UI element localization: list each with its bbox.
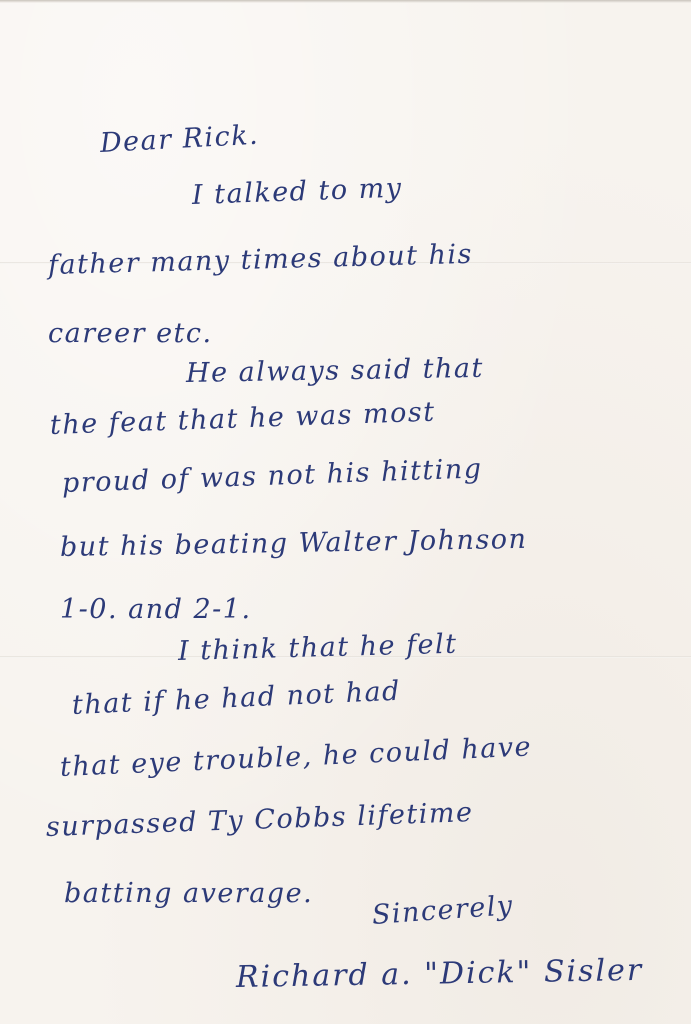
letter-line: He always said that [186,353,484,389]
letter-line: batting average. [64,878,313,909]
letter-line: father many times about his [48,239,474,281]
letter-line: but his beating Walter Johnson [60,524,528,563]
letter-line: that eye trouble, he could have [59,731,532,783]
signature: Richard a. "Dick" Sisler [236,953,644,995]
letter-line: surpassed Ty Cobbs lifetime [45,797,473,843]
letter-line: the feat that he was most [49,397,436,441]
letter-line: that if he had not had [71,676,401,721]
letter-line: 1-0. and 2-1. [60,594,252,625]
paper-top-edge [0,0,691,3]
letter-paper: Dear Rick. I talked to my father many ti… [0,0,691,1024]
closing: Sincerely [371,890,515,931]
letter-line: proud of was not his hitting [61,453,483,499]
salutation: Dear Rick. [99,120,260,159]
letter-line: career etc. [48,318,213,349]
letter-line: I think that he felt [178,629,458,667]
letter-line: I talked to my [191,173,403,211]
